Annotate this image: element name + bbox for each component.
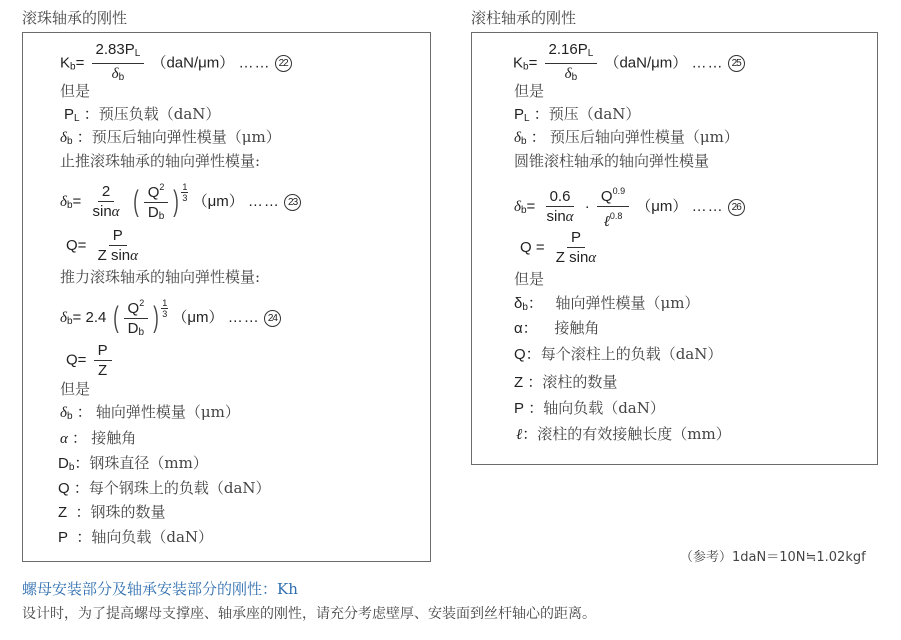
equation-q-taper: Q = PZ sinα	[520, 228, 603, 268]
equation-number-25: 25	[728, 55, 745, 72]
definition-item: δb： 轴向弹性模量（μm）	[514, 293, 699, 318]
equation-24: δb= 2.4 (Q2Db)13 （μm） …… 24	[60, 294, 281, 342]
unit-reference-note: （参考）1daN＝10N≒1.02kgf	[680, 546, 866, 565]
definition-pl: PL ：预压（daN）	[514, 104, 640, 129]
definition-item: Z ：钢珠的数量	[58, 502, 166, 523]
definition-item: Q：每个滚柱上的负载（daN）	[514, 344, 722, 365]
equation-number-26: 26	[728, 199, 745, 216]
equation-number-24: 24	[264, 310, 281, 327]
thrust-heading: 止推滚珠轴承的轴向弹性模量:	[60, 151, 260, 171]
definition-item: α ： 接触角	[60, 428, 136, 449]
equation-22: Kb= 2.83PLδb （daN/μm） …… 22	[60, 40, 292, 87]
section-body: 设计时，为了提高螺母支撑座、轴承座的刚性，请充分考虑壁厚、安装面到丝杆轴心的距离…	[22, 603, 596, 623]
equation-number-23: 23	[284, 194, 301, 211]
definition-item: Z ：滚柱的数量	[514, 372, 617, 393]
definition-delta-b: δb ： 预压后轴向弹性模量（μm）	[514, 127, 739, 152]
but-label: 但是	[514, 81, 544, 101]
taper-heading: 圆锥滚柱轴承的轴向弹性模量	[514, 151, 709, 171]
definition-item: α： 接触角	[514, 318, 599, 339]
definition-item: δb ： 轴向弹性模量（μm）	[60, 402, 240, 427]
definition-pl: PL ：预压负载（daN）	[64, 104, 220, 129]
equation-number-22: 22	[275, 55, 292, 72]
definition-item: P ：轴向负载（daN）	[514, 398, 665, 419]
but-label-2: 但是	[60, 379, 90, 399]
equation-23: δb= 2sinα (Q2Db)13 （μm） …… 23	[60, 178, 301, 226]
definition-item: Q ：每个钢珠上的负载（daN）	[58, 478, 271, 499]
definition-delta-b: δb ：预压后轴向弹性模量（μm）	[60, 127, 281, 152]
equation-q-thrust2: Q= PZ	[66, 341, 115, 380]
definition-item: Db：钢珠直径（mm）	[58, 453, 208, 478]
equation-26: δb= 0.6sinα · Q0.9ℓ0.8 （μm） …… 26	[514, 182, 745, 232]
but-label-2: 但是	[514, 269, 544, 289]
roller-bearing-title: 滚柱轴承的刚性	[471, 7, 576, 28]
but-label: 但是	[60, 81, 90, 101]
equation-q-thrust: Q= PZ sinα	[66, 226, 145, 266]
ball-bearing-title: 滚珠轴承的刚性	[22, 7, 127, 28]
thrust2-heading: 推力滚珠轴承的轴向弹性模量:	[60, 267, 260, 287]
section-heading: 螺母安装部分及轴承安装部分的刚性：Kh	[22, 578, 298, 599]
definition-item: P ：轴向负载（daN）	[58, 527, 213, 548]
equation-25: Kb= 2.16PLδb （daN/μm） …… 25	[513, 40, 745, 87]
definition-item: ℓ：滚柱的有效接触长度（mm）	[516, 424, 731, 445]
